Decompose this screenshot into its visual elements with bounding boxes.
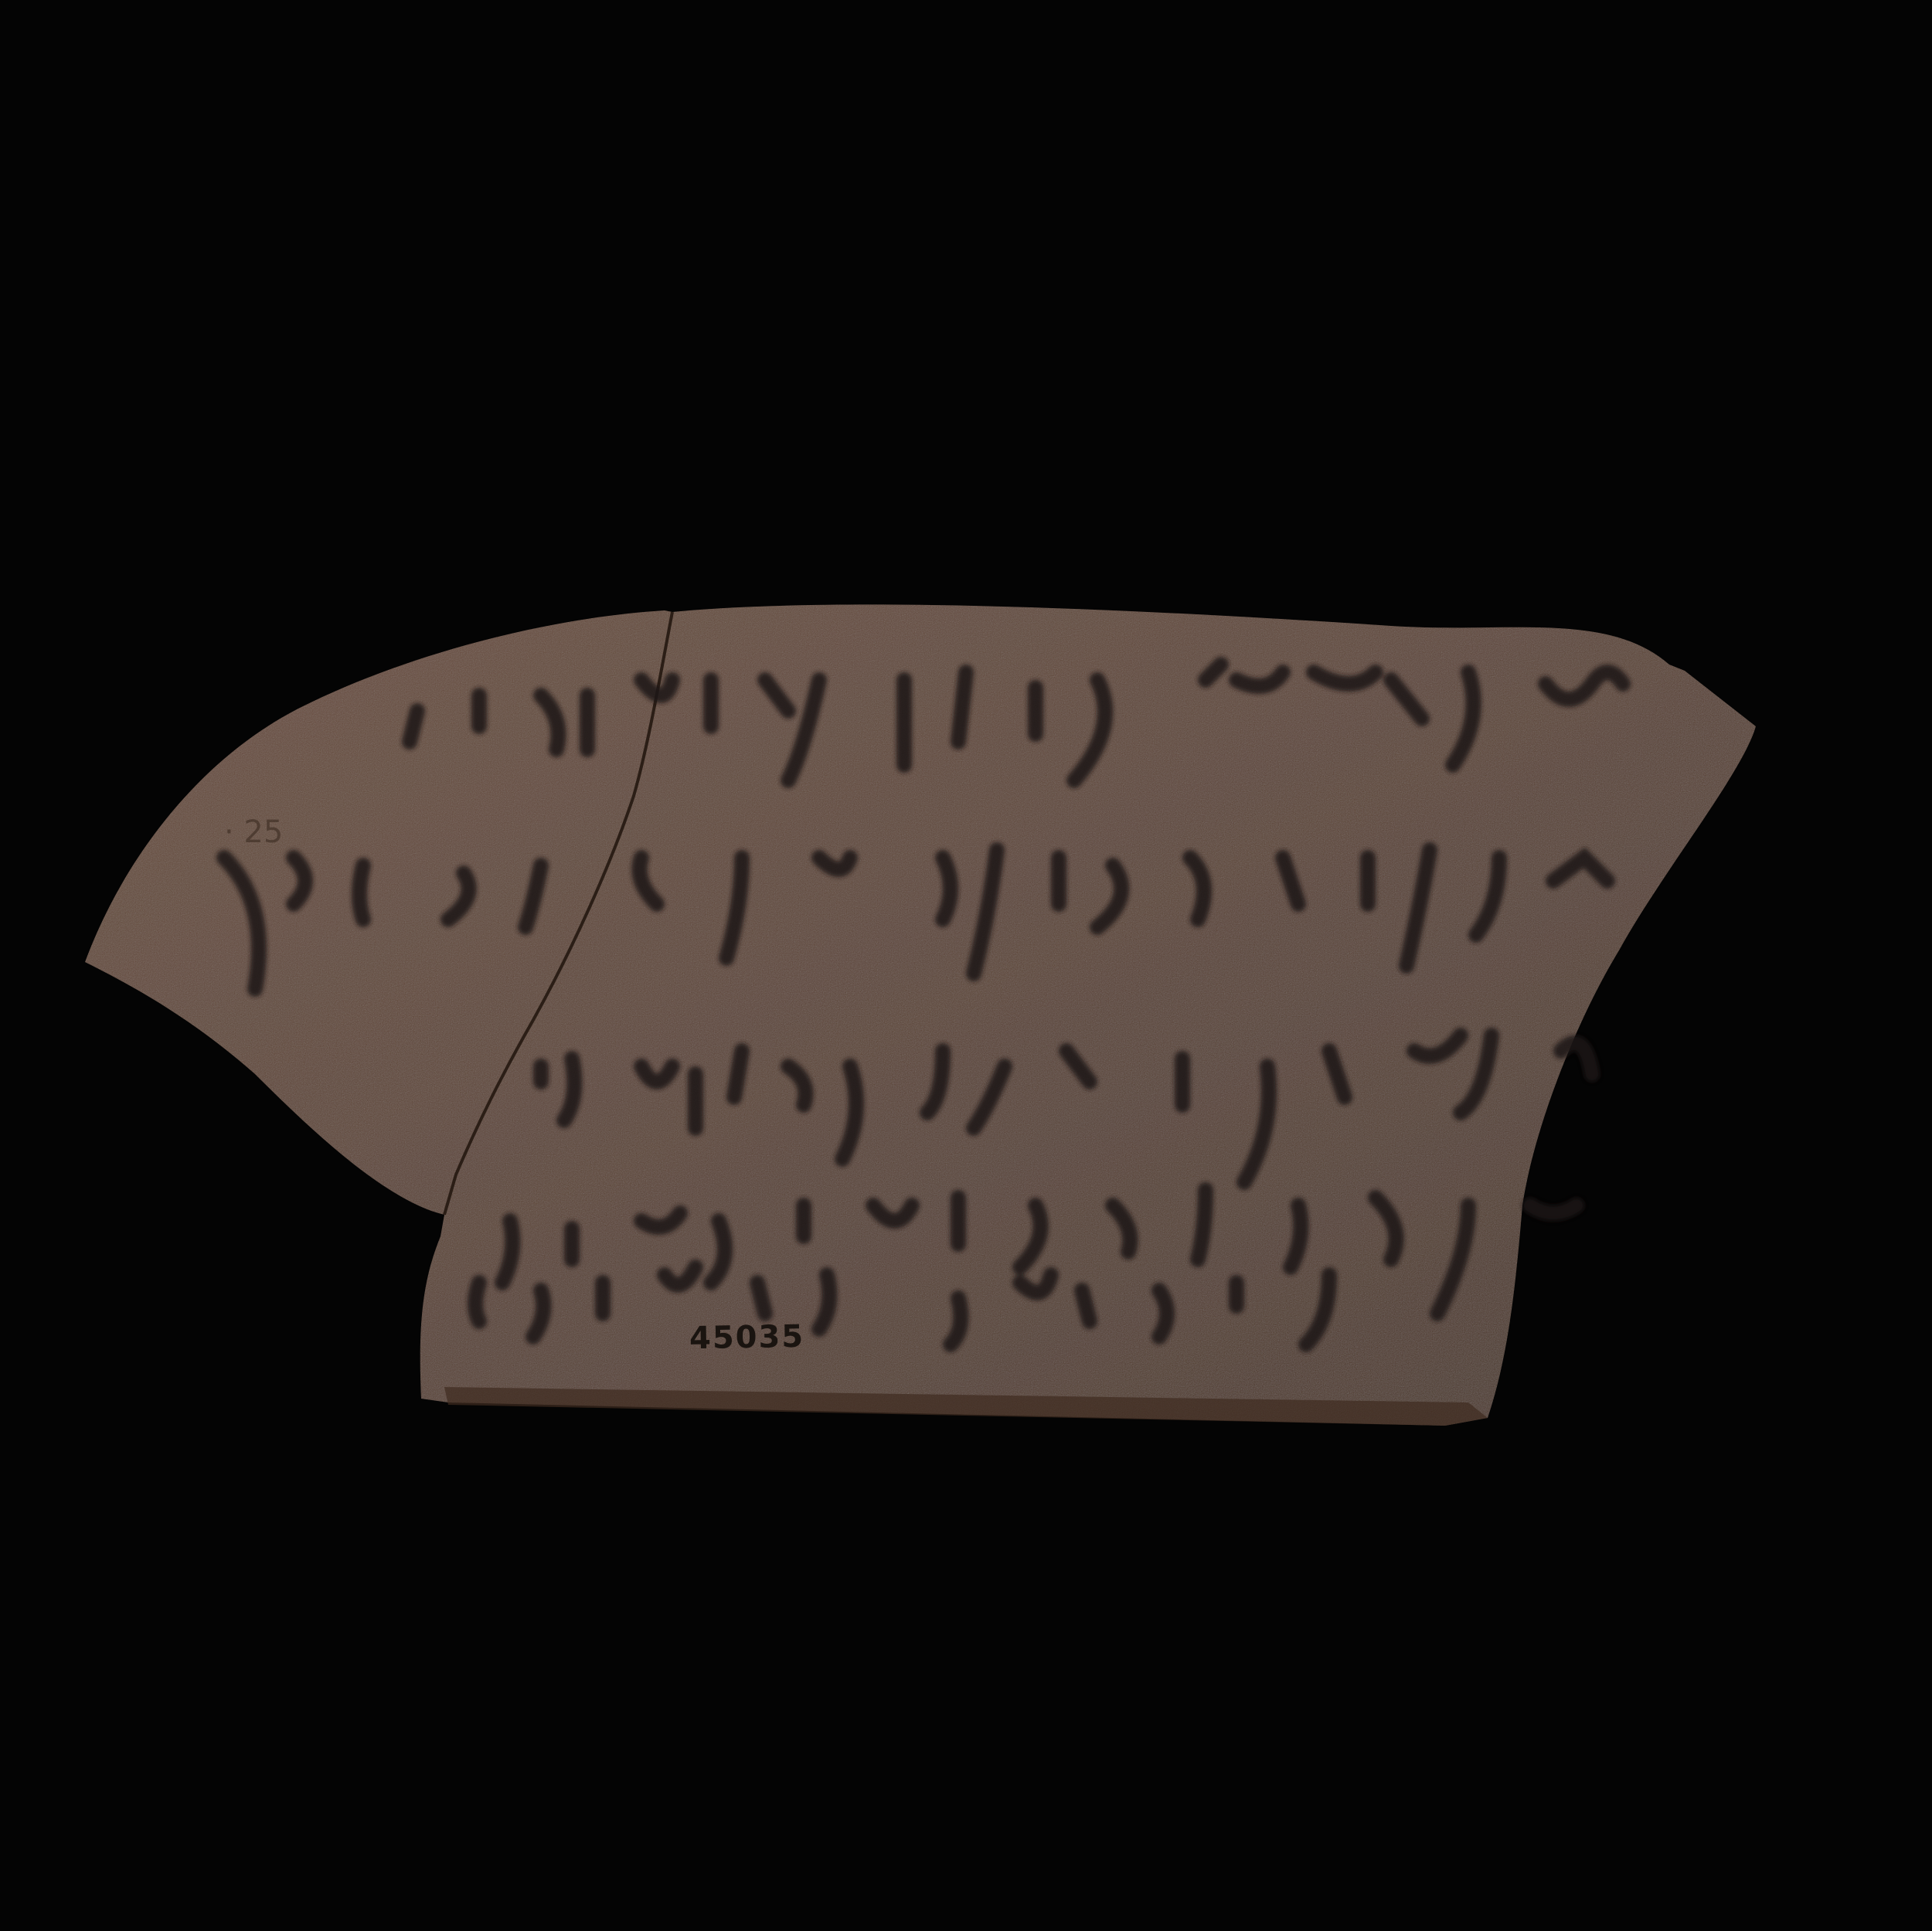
faint-marking: · 25	[224, 814, 283, 850]
ostracon-sherd: · 25	[0, 0, 1932, 1931]
photo-background: · 25 45035	[0, 0, 1932, 1931]
sherd-body	[85, 604, 1756, 1426]
registration-number: 45035	[689, 1319, 805, 1357]
